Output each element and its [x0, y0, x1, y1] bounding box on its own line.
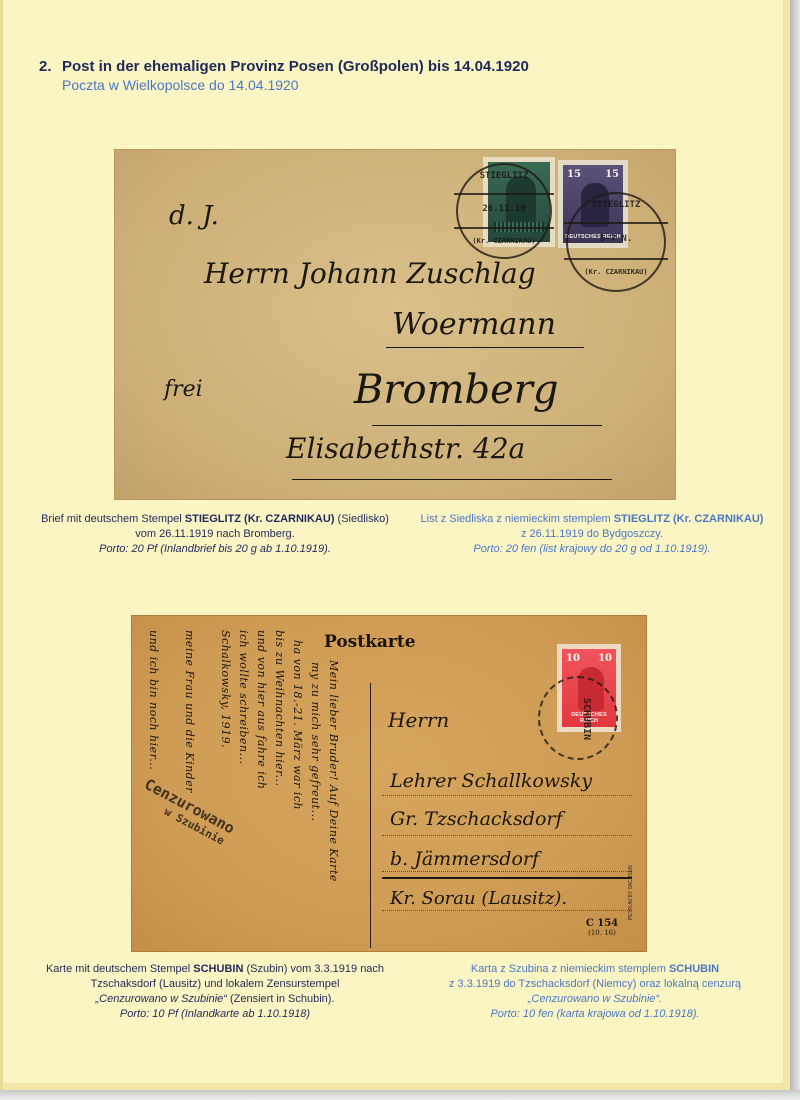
- postmark-date: 26.11.19: [458, 204, 550, 214]
- stamp-value-right: 10: [598, 653, 612, 664]
- caption-text: (Zensiert in Schubin).: [227, 993, 335, 1005]
- caption-postage: Porto: 20 fen (list krajowy do 20 g od 1…: [402, 542, 782, 557]
- handwriting-street: Elisabethstr. 42a: [286, 432, 525, 465]
- postmark-town: STIEGLITZ: [568, 200, 664, 210]
- postcard-title: Postkarte: [324, 632, 416, 652]
- postcard-divider: [370, 683, 371, 948]
- section-title-polish: Poczta w Wielkopolsce do 14.04.1920: [62, 77, 299, 93]
- caption-text: z 26.11.1919 do Bydgoszczy.: [402, 527, 782, 542]
- printer-imprint: PETRUM BY SACHSEN: [628, 865, 634, 920]
- postmark-town: SCHUBIN: [581, 698, 592, 740]
- caption-postmark-name: SCHUBIN: [669, 963, 719, 975]
- caption-postage: Porto: 20 Pf (Inlandbrief bis 20 g ab 1.…: [30, 542, 400, 557]
- caption-censor-text: „Cenzurowano w Szubinie“.: [410, 992, 780, 1007]
- postmark-district: (Kr. CZARNIKAU): [458, 237, 550, 245]
- letter-text-line: bis zu Weihnachten hier...: [273, 630, 286, 787]
- page-bottom-shadow: [0, 1090, 800, 1100]
- caption-postcard-polish: Karta z Szubina z niemieckim stemplem SC…: [410, 962, 780, 1022]
- page-right-shadow: [790, 0, 800, 1100]
- address-line: [382, 910, 632, 911]
- stamp-value-left: 15: [567, 169, 581, 180]
- caption-text: Karte mit deutschem Stempel: [46, 963, 193, 975]
- caption-text: Karta z Szubina z niemieckim stemplem: [471, 963, 669, 975]
- postmark-town: STIEGLITZ: [458, 171, 550, 181]
- caption-postmark-name: SCHUBIN: [193, 963, 243, 975]
- caption-envelope-polish: List z Siedliska z niemieckim stemplem S…: [402, 512, 782, 557]
- postmark-stieglitz-2: STIEGLITZ 6-7 N. (Kr. CZARNIKAU): [566, 192, 666, 292]
- caption-envelope-german: Brief mit deutschem Stempel STIEGLITZ (K…: [30, 512, 400, 557]
- caption-censor-text: „Cenzurowano w Szubinie“: [95, 993, 226, 1005]
- page-left-edge: [0, 0, 3, 1090]
- postmark-stieglitz-1: STIEGLITZ 26.11.19 (Kr. CZARNIKAU): [456, 163, 552, 259]
- letter-text-line: und von hier aus fahre ich: [255, 630, 268, 790]
- form-date: (10. 16): [580, 929, 624, 937]
- section-number: 2.: [39, 58, 52, 75]
- letter-text-line: ich wollte schreiben...: [237, 630, 250, 765]
- caption-text: (Szubin) vom 3.3.1919 nach: [243, 963, 384, 975]
- caption-postage: Porto: 10 fen (karta krajowa od 1.10.191…: [410, 1007, 780, 1022]
- address-underline: [386, 347, 584, 348]
- postmark-schubin: SCHUBIN: [538, 676, 618, 760]
- handwriting-city: Bromberg: [354, 367, 559, 413]
- address-line: [382, 871, 632, 872]
- caption-postage: Porto: 10 Pf (Inlandkarte ab 1.10.1918): [30, 1007, 400, 1022]
- postmark-district: (Kr. CZARNIKAU): [568, 268, 664, 276]
- handwriting-recipient-name: Herrn Johann Zuschlag: [204, 257, 536, 290]
- address-line: [382, 795, 632, 796]
- handwriting-herrn: Herrn: [388, 708, 449, 732]
- address-underline: [372, 425, 602, 426]
- handwriting-recipient: Lehrer Schallkowsky: [390, 770, 592, 792]
- letter-text-line: und ich bin noch hier...: [147, 630, 160, 770]
- caption-text: (Siedlisko): [334, 513, 388, 525]
- letter-text-line: my zu mich sehr gefreut...: [309, 662, 322, 822]
- address-underline: [292, 479, 612, 480]
- handwriting-frei: frei: [164, 377, 203, 402]
- caption-text: Brief mit deutschem Stempel: [41, 513, 185, 525]
- handwriting-salutation: d. J.: [169, 201, 219, 231]
- postmark-time: 6-7 N.: [568, 234, 664, 244]
- form-code: C 154: [580, 918, 624, 929]
- letter-text-line: ha von 18.-21. März war ich: [291, 640, 304, 810]
- caption-text: vom 26.11.1919 nach Bromberg.: [30, 527, 400, 542]
- handwriting-town: Gr. Tzschacksdorf: [390, 808, 563, 830]
- letter-text-line: meine Frau und die Kinder: [183, 630, 196, 793]
- letter-text-line: Schalkowsky, 1919.: [219, 630, 232, 748]
- stamp-value-right: 15: [605, 169, 619, 180]
- handwriting-recipient-surname: Woermann: [392, 307, 556, 342]
- address-underline: [382, 877, 632, 879]
- envelope-stieglitz: 15 15 DEUTSCHES REICH STIEGLITZ 26.11.19…: [114, 149, 676, 500]
- caption-postcard-german: Karte mit deutschem Stempel SCHUBIN (Szu…: [30, 962, 400, 1022]
- postcard-form-code: C 154 (10. 16): [580, 918, 624, 937]
- stamp-value-left: 10: [566, 653, 580, 664]
- letter-text-line: Mein lieber Bruder! Auf Deine Karte: [327, 660, 340, 882]
- caption-text: Tzschaksdorf (Lausitz) und lokalem Zensu…: [30, 977, 400, 992]
- caption-postmark-name: STIEGLITZ (Kr. CZARNIKAU): [185, 513, 335, 525]
- section-title-german: Post in der ehemaligen Provinz Posen (Gr…: [62, 58, 529, 75]
- caption-text: z 3.3.1919 do Tzschacksdorf (Niemcy) ora…: [410, 977, 780, 992]
- address-line: [382, 835, 632, 836]
- caption-postmark-name: STIEGLITZ (Kr. CZARNIKAU): [614, 513, 764, 525]
- caption-text: List z Siedliska z niemieckim stemplem: [421, 513, 614, 525]
- handwriting-post-office: b. Jämmersdorf: [390, 848, 539, 870]
- handwriting-district: Kr. Sorau (Lausitz).: [390, 888, 567, 909]
